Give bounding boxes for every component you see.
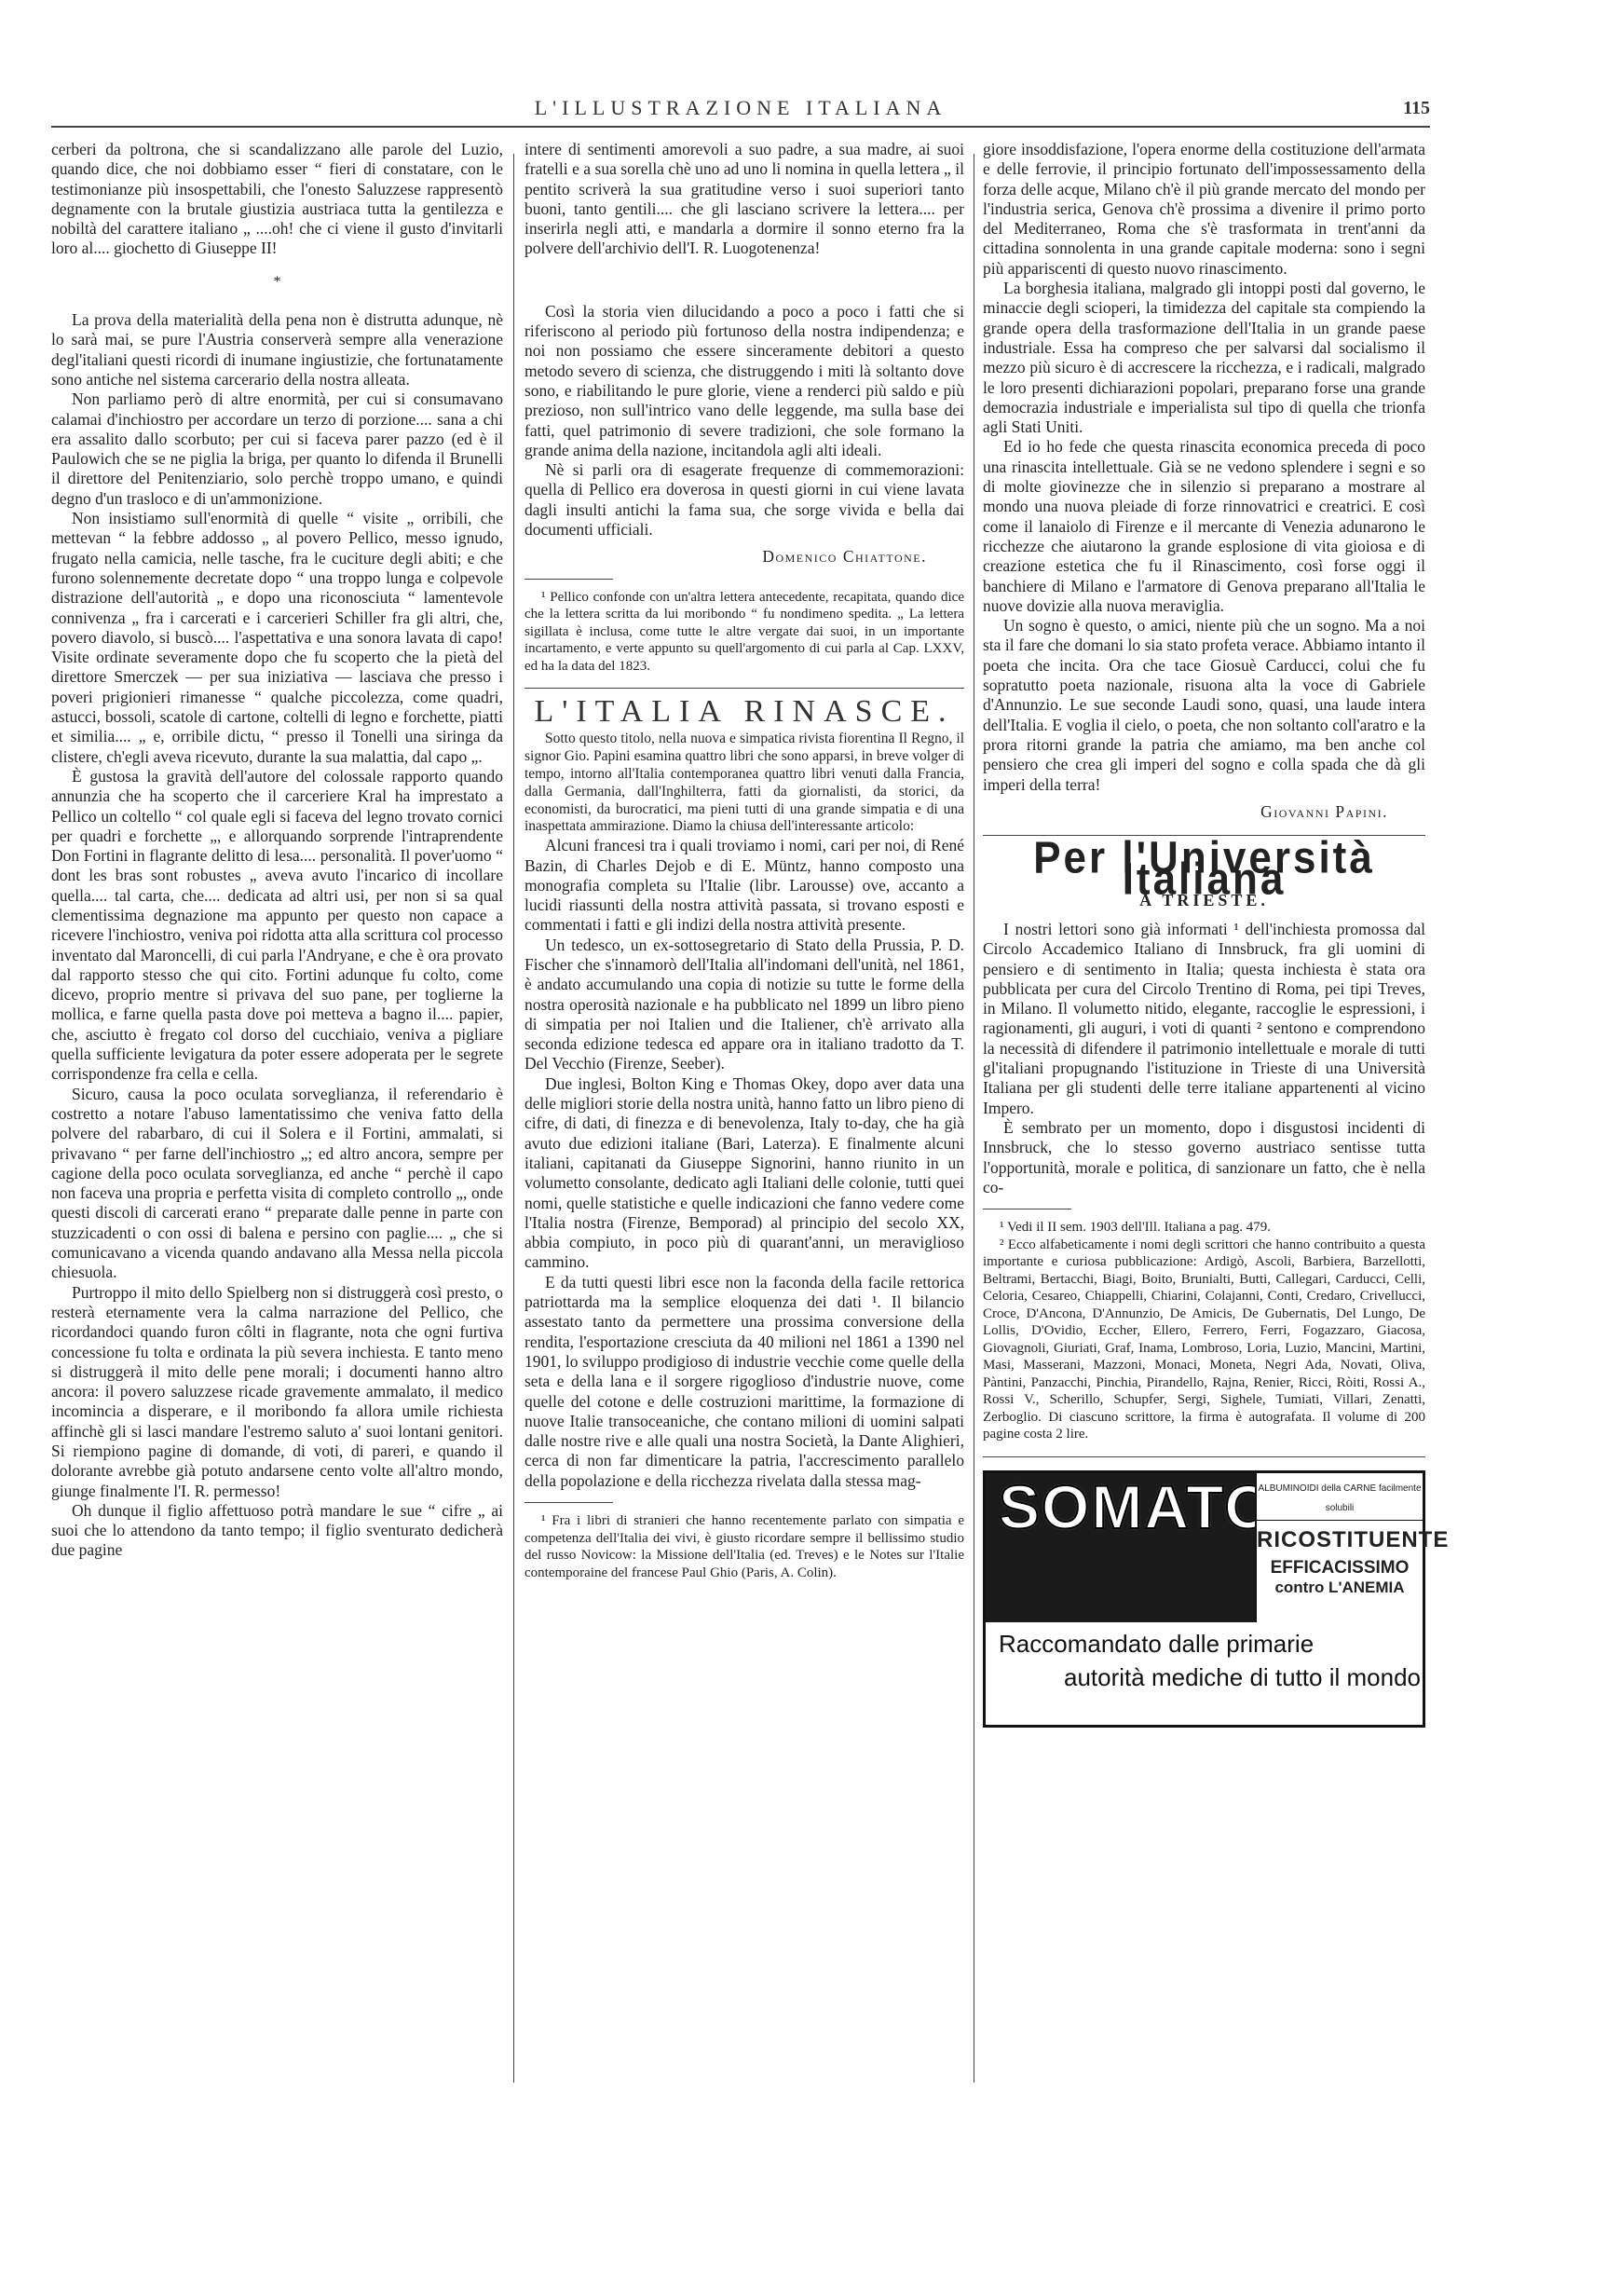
footnote-text: ¹ Vedi il II sem. 1903 dell'Ill. Italian… (983, 1219, 1425, 1237)
publication-title: L'ILLUSTRAZIONE ITALIANA (51, 96, 1430, 120)
paragraph: La prova della materialità della pena no… (51, 310, 503, 389)
ad-tagline: contro L'ANEMIA (1257, 1578, 1423, 1597)
paragraph: Due inglesi, Bolton King e Thomas Okey, … (524, 1074, 964, 1273)
author-signature: Domenico Chiattone. (524, 547, 927, 567)
column-divider (974, 154, 974, 2083)
left-column: cerberi da poltrona, che si scandalizzan… (51, 140, 503, 1561)
footnote: ¹ Pellico confonde con un'altra lettera … (524, 589, 964, 676)
middle-column: intere di sentimenti amorevoli a suo pad… (524, 140, 964, 1581)
paragraph: Un tedesco, un ex-sottosegretario di Sta… (524, 936, 964, 1074)
ad-tagline: RICOSTITUENTE (1257, 1530, 1423, 1550)
ad-tagline: EFFICACISSIMO (1257, 1558, 1423, 1578)
paragraph: Purtroppo il mito dello Spielberg non si… (51, 1283, 503, 1501)
paragraph: È sembrato per un momento, dopo i disgus… (983, 1118, 1425, 1197)
header-rule (51, 126, 1430, 128)
section-intro: Sotto questo titolo, nella nuova e simpa… (524, 731, 964, 836)
somatose-advertisement: SOMATOSE ALBUMINOIDI della CARNE facilme… (983, 1470, 1425, 1728)
paragraph: cerberi da poltrona, che si scandalizzan… (51, 140, 503, 259)
ad-line: Raccomandato dalle primarie (999, 1627, 1423, 1660)
paragraph: I nostri lettori sono già informati ¹ de… (983, 920, 1425, 1118)
paragraph: Nè si parli ora di esagerate frequenze d… (524, 460, 964, 540)
ad-tagline-small: ALBUMINOIDI della CARNE facilmente solub… (1257, 1479, 1423, 1522)
right-column: giore insoddisfazione, l'opera enorme de… (983, 140, 1425, 1728)
paragraph: Un sogno è questo, o amici, niente più c… (983, 616, 1425, 795)
paragraph: È gustosa la gravità dell'autore del col… (51, 767, 503, 1085)
footnote-text: ¹ Fra i libri di stranieri che hanno rec… (524, 1512, 964, 1581)
paragraph: Oh dunque il figlio affettuoso potrà man… (51, 1501, 503, 1561)
page-header: L'ILLUSTRAZIONE ITALIANA 115 (51, 89, 1430, 126)
paragraph: Così la storia vien dilucidando a poco a… (524, 302, 964, 460)
footnote: ¹ Fra i libri di stranieri che hanno rec… (524, 1512, 964, 1581)
paragraph: giore insoddisfazione, l'opera enorme de… (983, 140, 1425, 279)
section-title: L'ITALIA RINASCE. (524, 702, 964, 721)
footnotes: ¹ Vedi il II sem. 1903 dell'Ill. Italian… (983, 1219, 1425, 1443)
section-rule (524, 688, 964, 689)
section-title: Per l'Università Italiana (983, 847, 1425, 891)
section-separator-star: * (51, 272, 503, 292)
paragraph: Non parliamo però di altre enormità, per… (51, 389, 503, 509)
ad-banner: SOMATOSE ALBUMINOIDI della CARNE facilme… (986, 1473, 1423, 1622)
ad-line: autorità mediche di tutto il mondo (999, 1660, 1423, 1694)
column-divider (513, 154, 514, 2083)
paragraph: Alcuni francesi tra i quali troviamo i n… (524, 836, 964, 935)
paragraph: Ed io ho fede che questa rinascita econo… (983, 437, 1425, 616)
paragraph: E da tutti questi libri esce non la faco… (524, 1273, 964, 1491)
page-number: 115 (1403, 98, 1430, 119)
ad-tagline-box: ALBUMINOIDI della CARNE facilmente solub… (1255, 1473, 1423, 1622)
footnote-text: ² Ecco alfabeticamente i nomi degli scri… (983, 1237, 1425, 1443)
footnote-rule (983, 1209, 1071, 1209)
ad-rule (983, 1456, 1425, 1457)
footnote-rule (524, 1502, 613, 1503)
paragraph: Sicuro, causa la poco oculata sorveglian… (51, 1085, 503, 1283)
footnote-text: ¹ Pellico confonde con un'altra lettera … (524, 589, 964, 676)
paragraph: La borghesia italiana, malgrado gli into… (983, 279, 1425, 437)
paragraph: Non insistiamo sull'enormità di quelle “… (51, 509, 503, 767)
ad-bottom-text: Raccomandato dalle primarie autorità med… (986, 1627, 1423, 1694)
paragraph: intere di sentimenti amorevoli a suo pad… (524, 140, 964, 259)
author-signature: Giovanni Papini. (983, 802, 1388, 822)
footnote-rule (524, 579, 613, 580)
